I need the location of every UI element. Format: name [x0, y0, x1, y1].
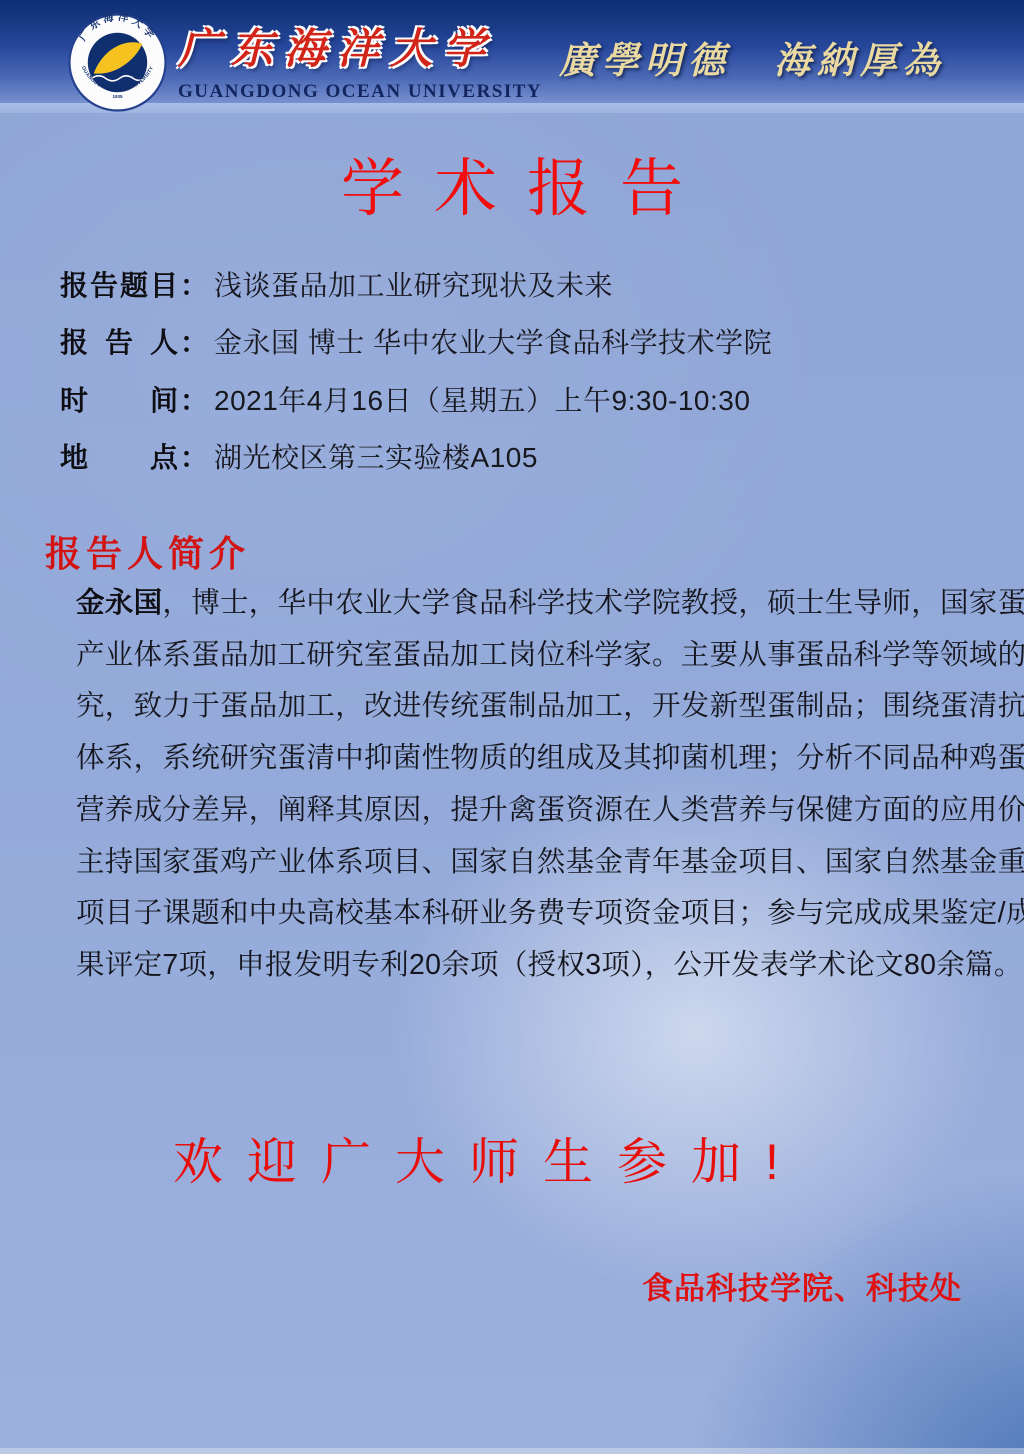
university-name-english: GUANGDONG OCEAN UNIVERSITY — [178, 81, 478, 103]
speaker-name: 金永国 — [76, 587, 162, 619]
info-row-location: 地点：湖光校区第三实验楼A105 — [60, 436, 538, 468]
university-name-chinese: 广东海洋大学 — [178, 16, 478, 76]
colon: ： — [180, 270, 208, 301]
welcome-message: 欢迎广大师生参加! — [0, 1122, 1000, 1194]
intro-line: 营养成分差异，阐释其原因，提升禽蛋资源在人类营养与保健方面的应用价值。 — [76, 785, 976, 837]
poster-page: 广东海洋大学 GUANGDONG OCEAN UNIVERSITY 1935 广… — [0, 0, 1024, 1454]
intro-line: 主持国家蛋鸡产业体系项目、国家自然基金青年基金项目、国家自然基金重点 — [76, 837, 976, 889]
info-row-topic: 报告题目：浅谈蛋品加工业研究现状及未来 — [60, 264, 613, 296]
intro-line: 究，致力于蛋品加工，改进传统蛋制品加工，开发新型蛋制品；围绕蛋清抗菌 — [76, 681, 976, 733]
university-brand: 广东海洋大学 GUANGDONG OCEAN UNIVERSITY — [178, 16, 478, 103]
info-value-time: 2021年4月16日（星期五）上午9:30-10:30 — [214, 385, 750, 416]
info-label-location: 地点 — [60, 436, 178, 476]
intro-line: 体系，系统研究蛋清中抑菌性物质的组成及其抑菌机理；分析不同品种鸡蛋的 — [76, 733, 976, 785]
intro-line: 产业体系蛋品加工研究室蛋品加工岗位科学家。主要从事蛋品科学等领域的研 — [76, 630, 976, 682]
organizers-signature: 食品科技学院、科技处 — [642, 1263, 962, 1308]
info-value-speaker: 金永国 博士 华中农业大学食品科学技术学院 — [214, 327, 772, 358]
colon: ： — [180, 327, 208, 358]
intro-line: 金永国，博士，华中农业大学食品科学技术学院教授，硕士生导师，国家蛋鸡 — [76, 578, 976, 630]
university-motto: 廣學明德 海納厚為 — [559, 30, 946, 84]
university-logo-icon: 广东海洋大学 GUANGDONG OCEAN UNIVERSITY 1935 — [68, 13, 167, 112]
intro-line-1-rest: ，博士，华中农业大学食品科学技术学院教授，硕士生导师，国家蛋鸡 — [162, 587, 1024, 619]
info-label-time: 时间 — [60, 379, 178, 419]
speaker-intro-paragraph: 金永国，博士，华中农业大学食品科学技术学院教授，硕士生导师，国家蛋鸡 产业体系蛋… — [76, 578, 976, 992]
logo-year-text: 1935 — [112, 94, 123, 99]
info-value-location: 湖光校区第三实验楼A105 — [214, 442, 538, 473]
colon: ： — [180, 442, 208, 473]
speaker-intro-heading: 报告人简介 — [45, 526, 250, 577]
poster-title: 学术报告 — [0, 138, 1024, 229]
info-row-time: 时间：2021年4月16日（星期五）上午9:30-10:30 — [60, 379, 750, 411]
bottom-edge-strip — [0, 1448, 1024, 1454]
colon: ： — [180, 385, 208, 416]
info-value-topic: 浅谈蛋品加工业研究现状及未来 — [214, 270, 613, 301]
info-label-topic: 报告题目 — [60, 264, 178, 304]
info-label-speaker: 报告人 — [60, 321, 178, 361]
intro-line: 项目子课题和中央高校基本科研业务费专项资金项目；参与完成成果鉴定/成 — [76, 888, 976, 940]
info-row-speaker: 报告人：金永国 博士 华中农业大学食品科学技术学院 — [60, 321, 772, 353]
intro-line: 果评定7项，申报发明专利20余项（授权3项），公开发表学术论文80余篇。 — [76, 940, 976, 992]
